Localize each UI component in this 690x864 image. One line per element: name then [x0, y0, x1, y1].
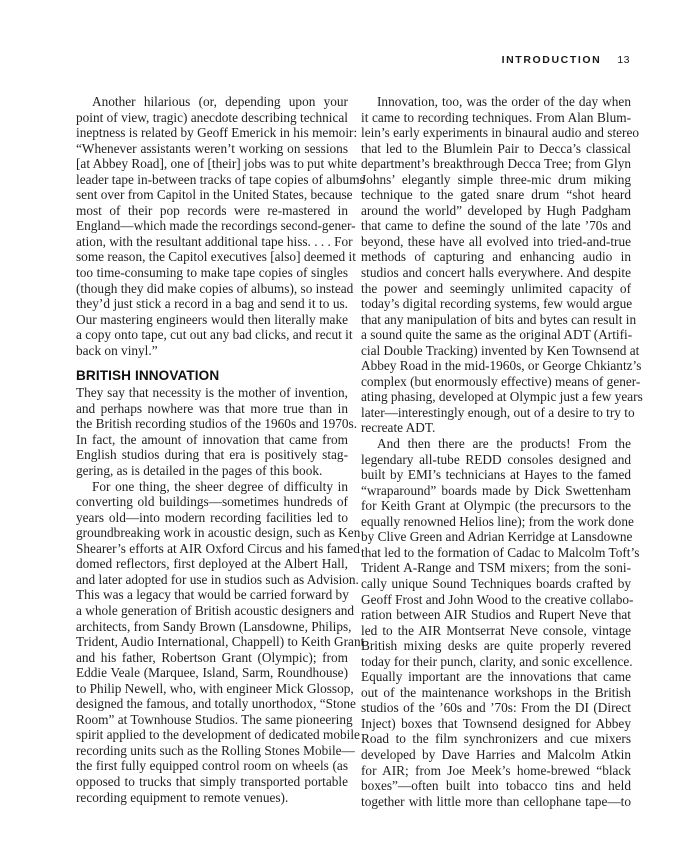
text-line: Another hilarious (or, depending upon yo… — [76, 94, 348, 110]
text-line: they’d just stick a record in a bag and … — [76, 296, 348, 312]
text-line: complex (but enormously effective) means… — [361, 374, 631, 390]
text-line: a whole generation of British acoustic d… — [76, 603, 348, 619]
text-line: Innovation, too, was the order of the da… — [361, 94, 631, 110]
text-line: Inject) boxes that Townsend designed for… — [361, 716, 631, 732]
text-line: In fact, the amount of innovation that c… — [76, 432, 348, 448]
text-line: that any manipulation of bits and bytes … — [361, 312, 631, 328]
text-line: a sound quite the same as the original A… — [361, 327, 631, 343]
text-line: legendary all-tube REDD consoles designe… — [361, 452, 631, 468]
text-line: ation, with the resultant additional tap… — [76, 234, 348, 250]
text-line: lein’s early experiments in binaural aud… — [361, 125, 631, 141]
text-line: Room” at Townhouse Studios. The same pio… — [76, 712, 348, 728]
paragraph-necessity: They say that necessity is the mother of… — [76, 385, 348, 478]
text-line: department’s breakthrough Decca Tree; fr… — [361, 156, 631, 172]
text-line: [at Abbey Road], one of [their] jobs was… — [76, 156, 348, 172]
text-line: (though they did make copies of albums),… — [76, 281, 348, 297]
text-line: leader tape in-between tracks of tape co… — [76, 172, 348, 188]
text-line: for Keith Grant at Olympic (the precurso… — [361, 498, 631, 514]
text-line: cial Double Tracking) invented by Ken To… — [361, 343, 631, 359]
right-column: Innovation, too, was the order of the da… — [361, 94, 631, 809]
text-line: out of the maintenance workshops in the … — [361, 685, 631, 701]
text-line: studios and concert halls everywhere. An… — [361, 265, 631, 281]
text-line: and later adopted for use in studios suc… — [76, 572, 348, 588]
text-line: Road to the film synchronizers and cue m… — [361, 731, 631, 747]
text-line: spirit applied to the development of ded… — [76, 727, 348, 743]
text-line: opposed to trucks that simply transporte… — [76, 774, 348, 790]
text-line: later—interestingly enough, out of a des… — [361, 405, 631, 421]
text-line: And then there are the products! From th… — [361, 436, 631, 452]
text-line: Abbey Road in the mid-1960s, or George C… — [361, 358, 631, 374]
text-line: Trident, Audio International, Chappell) … — [76, 634, 348, 650]
section-heading-british-innovation: BRITISH INNOVATION — [76, 367, 348, 385]
text-line: for AIR; from Joe Meek’s home-brewed “bl… — [361, 763, 631, 779]
text-line: designed the famous, and totally unortho… — [76, 696, 348, 712]
text-line: groundbreaking work in acoustic design, … — [76, 525, 348, 541]
text-line: too time-consuming to make tape copies o… — [76, 265, 348, 281]
paragraph-recording-techniques: Innovation, too, was the order of the da… — [361, 94, 631, 436]
text-line: developed by Dave Harries and Malcolm At… — [361, 747, 631, 763]
text-line: today for their punch, clarity, and soni… — [361, 654, 631, 670]
text-line: studios of the ’60s and ’70s: From the D… — [361, 700, 631, 716]
text-line: back on vinyl.” — [76, 343, 348, 359]
text-line: today’s digital recording systems, few w… — [361, 296, 631, 312]
text-line: built by EMI’s technicians at Hayes to t… — [361, 467, 631, 483]
text-line: This was a legacy that would be carried … — [76, 587, 348, 603]
text-line: domed reflectors, first deployed at the … — [76, 556, 348, 572]
text-line: English studios during that era is posit… — [76, 447, 348, 463]
text-line: the power and seemingly unlimited capaci… — [361, 281, 631, 297]
text-line: England—which made the recordings second… — [76, 218, 348, 234]
text-line: it came to recording techniques. From Al… — [361, 110, 631, 126]
text-line: that came to define the sound of the lat… — [361, 218, 631, 234]
text-line: recording units such as the Rolling Ston… — [76, 743, 348, 759]
paragraph-acoustic-design: For one thing, the sheer degree of diffi… — [76, 479, 348, 805]
text-line: Equally important are the innovations th… — [361, 669, 631, 685]
paragraph-emerick-anecdote: Another hilarious (or, depending upon yo… — [76, 94, 348, 358]
text-line: ineptness is related by Geoff Emerick in… — [76, 125, 348, 141]
text-line: and perhaps nowhere was that more true t… — [76, 401, 348, 417]
text-line: equally renowned Helios line); from the … — [361, 514, 631, 530]
page-number: 13 — [617, 54, 630, 66]
text-line: that led to the formation of Cadac to Ma… — [361, 545, 631, 561]
left-column: Another hilarious (or, depending upon yo… — [76, 94, 348, 805]
text-line: recreate ADT. — [361, 420, 631, 436]
text-line: British mixing desks are quite properly … — [361, 638, 631, 654]
text-line: a copy onto tape, cut out any bad clicks… — [76, 327, 348, 343]
text-line: sent over from Capitol in the United Sta… — [76, 187, 348, 203]
text-line: the British recording studios of the 196… — [76, 416, 348, 432]
text-line: boxes”—often built into tobacco tins and… — [361, 778, 631, 794]
text-line: most of their pop records were re-master… — [76, 203, 348, 219]
text-line: that led to the Blumlein Pair to Decca’s… — [361, 141, 631, 157]
text-line: ration between AIR Studios and Rupert Ne… — [361, 607, 631, 623]
text-line: Eddie Veale (Marquee, Island, Sarm, Roun… — [76, 665, 348, 681]
text-line: to Philip Newell, who, with engineer Mic… — [76, 681, 348, 697]
text-line: ating phasing, developed at Olympic just… — [361, 389, 631, 405]
text-line: For one thing, the sheer degree of diffi… — [76, 479, 348, 495]
paragraph-products: And then there are the products! From th… — [361, 436, 631, 809]
text-line: converting old buildings—sometimes hundr… — [76, 494, 348, 510]
text-line: gering, as is detailed in the pages of t… — [76, 463, 348, 479]
text-line: architects, from Sandy Brown (Lansdowne,… — [76, 619, 348, 635]
text-line: recording equipment to remote venues). — [76, 790, 348, 806]
text-line: Trident A-Range and TSM mixers; from the… — [361, 560, 631, 576]
text-line: “Whenever assistants weren’t working on … — [76, 141, 348, 157]
text-line: technique to the gated snare drum “shot … — [361, 187, 631, 203]
text-line: “wraparound” boards made by Dick Swetten… — [361, 483, 631, 499]
text-line: some reason, the Capitol executives [als… — [76, 249, 348, 265]
text-line: Shearer’s efforts at AIR Oxford Circus a… — [76, 541, 348, 557]
text-line: and his father, Robertson Grant (Olympic… — [76, 650, 348, 666]
text-line: the first fully equipped control room on… — [76, 758, 348, 774]
text-line: together with little more than cellophan… — [361, 794, 631, 810]
text-line: methods of capturing and enhancing audio… — [361, 249, 631, 265]
text-line: cally unique Sound Techniques boards cra… — [361, 576, 631, 592]
text-line: Our mastering engineers would then liter… — [76, 312, 348, 328]
text-line: beyond, these have all evolved into trie… — [361, 234, 631, 250]
text-line: Geoff Frost and John Wood to the creativ… — [361, 592, 631, 608]
text-line: led to the AIR Montserrat Neve console, … — [361, 623, 631, 639]
text-line: years old—into modern recording faciliti… — [76, 510, 348, 526]
running-head: INTRODUCTION13 — [0, 54, 630, 66]
text-line: around the world” developed by Hugh Padg… — [361, 203, 631, 219]
text-line: Johns’ elegantly simple three-mic drum m… — [361, 172, 631, 188]
text-line: They say that necessity is the mother of… — [76, 385, 348, 401]
text-line: by Clive Green and Adrian Kerridge at La… — [361, 529, 631, 545]
text-line: point of view, tragic) anecdote describi… — [76, 110, 348, 126]
running-head-section: INTRODUCTION — [502, 54, 602, 66]
